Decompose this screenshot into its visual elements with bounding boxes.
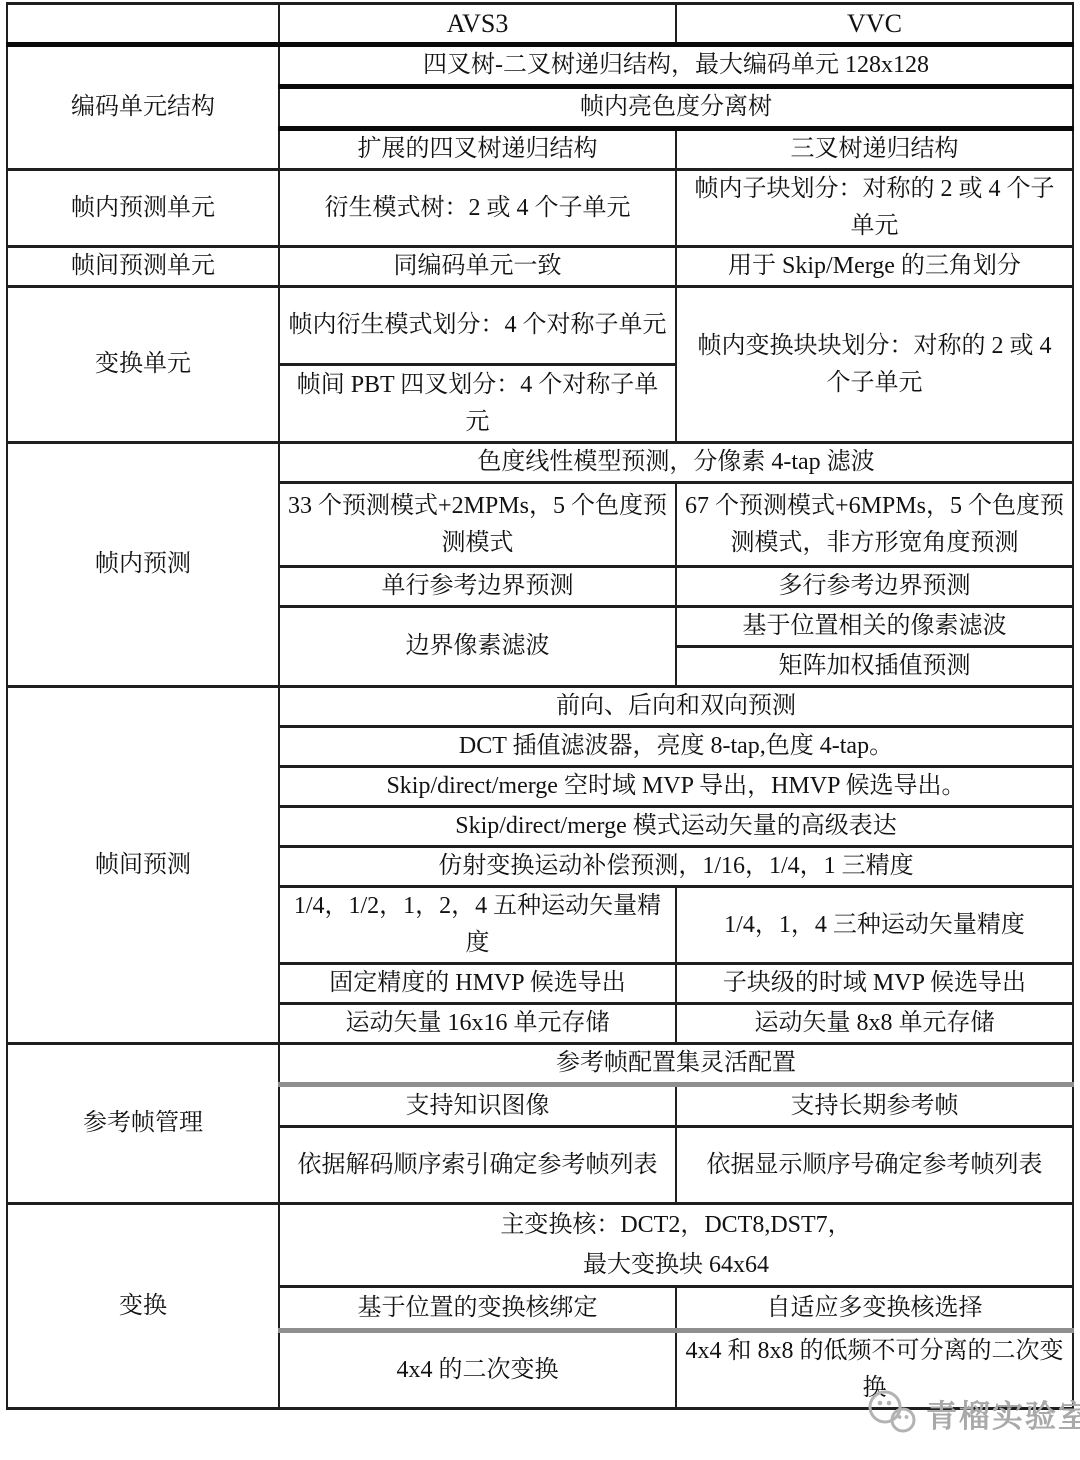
table-cell: 帧内亮色度分离树 xyxy=(279,87,1073,129)
table-cell: 1/4，1，4 三种运动矢量精度 xyxy=(676,887,1073,964)
table-cell: 仿射变换运动补偿预测，1/16，1/4，1 三精度 xyxy=(279,847,1073,887)
table-cell: 帧内变换块块划分：对称的 2 或 4 个子单元 xyxy=(676,287,1073,443)
cell-line-1: 主变换核：DCT2，DCT8,DST7， xyxy=(286,1205,1066,1245)
table-cell: 依据显示顺序号确定参考帧列表 xyxy=(676,1127,1073,1204)
row-label-coding-unit-structure: 编码单元结构 xyxy=(7,45,279,170)
table-cell: 衍生模式树：2 或 4 个子单元 xyxy=(279,170,676,247)
table-cell: 边界像素滤波 xyxy=(279,607,676,687)
table-cell: 帧间 PBT 四叉划分：4 个对称子单元 xyxy=(279,365,676,443)
table-cell: 用于 Skip/Merge 的三角划分 xyxy=(676,247,1073,287)
table-cell: 67 个预测模式+6MPMs，5 个色度预测模式，非方形宽角度预测 xyxy=(676,483,1073,567)
table-cell: 参考帧配置集灵活配置 xyxy=(279,1044,1073,1085)
table-cell: 同编码单元一致 xyxy=(279,247,676,287)
row-label-reference-frame-management: 参考帧管理 xyxy=(7,1044,279,1204)
codec-comparison-table: AVS3 VVC 编码单元结构 四叉树-二叉树递归结构，最大编码单元 128x1… xyxy=(6,2,1074,1410)
table-cell: DCT 插值滤波器，亮度 8-tap,色度 4-tap。 xyxy=(279,727,1073,767)
table-cell: 色度线性模型预测，分像素 4-tap 滤波 xyxy=(279,443,1073,483)
table-cell: 支持知识图像 xyxy=(279,1085,676,1127)
table-cell: 帧内子块划分：对称的 2 或 4 个子单元 xyxy=(676,170,1073,247)
table-cell: Skip/direct/merge 空时域 MVP 导出，HMVP 候选导出。 xyxy=(279,767,1073,807)
table-cell: 多行参考边界预测 xyxy=(676,567,1073,607)
table-cell: 子块级的时域 MVP 候选导出 xyxy=(676,964,1073,1004)
table-cell: 1/4，1/2，1，2，4 五种运动矢量精度 xyxy=(279,887,676,964)
table-cell: 前向、后向和双向预测 xyxy=(279,687,1073,727)
row-label-intra-pred-unit: 帧内预测单元 xyxy=(7,170,279,247)
column-header-avs3: AVS3 xyxy=(279,4,676,45)
table-cell: 依据解码顺序索引确定参考帧列表 xyxy=(279,1127,676,1204)
table-cell: 帧内衍生模式划分：4 个对称子单元 xyxy=(279,287,676,365)
row-label-inter-pred-unit: 帧间预测单元 xyxy=(7,247,279,287)
table-cell: 扩展的四叉树递归结构 xyxy=(279,129,676,170)
table-cell: 33 个预测模式+2MPMs，5 个色度预测模式 xyxy=(279,483,676,567)
table-cell: 4x4 的二次变换 xyxy=(279,1331,676,1409)
table-cell: 四叉树-二叉树递归结构，最大编码单元 128x128 xyxy=(279,45,1073,87)
table-cell: 运动矢量 8x8 单元存储 xyxy=(676,1004,1073,1044)
table-cell: Skip/direct/merge 模式运动矢量的高级表达 xyxy=(279,807,1073,847)
column-header-vvc: VVC xyxy=(676,4,1073,45)
table-cell: 4x4 和 8x8 的低频不可分离的二次变换 xyxy=(676,1331,1073,1409)
table-cell: 单行参考边界预测 xyxy=(279,567,676,607)
table-cell: 自适应多变换核选择 xyxy=(676,1287,1073,1331)
table-cell: 支持长期参考帧 xyxy=(676,1085,1073,1127)
table-cell: 三叉树递归结构 xyxy=(676,129,1073,170)
table-cell: 基于位置相关的像素滤波 xyxy=(676,607,1073,647)
row-label-transform: 变换 xyxy=(7,1204,279,1409)
header-corner-cell xyxy=(7,4,279,45)
table-cell: 矩阵加权插值预测 xyxy=(676,647,1073,687)
table-cell: 运动矢量 16x16 单元存储 xyxy=(279,1004,676,1044)
row-label-intra-prediction: 帧内预测 xyxy=(7,443,279,687)
table-cell: 基于位置的变换核绑定 xyxy=(279,1287,676,1331)
cell-line-2: 最大变换块 64x64 xyxy=(286,1245,1066,1285)
table-cell: 主变换核：DCT2，DCT8,DST7， 最大变换块 64x64 xyxy=(279,1204,1073,1287)
row-label-transform-unit: 变换单元 xyxy=(7,287,279,443)
table-cell: 固定精度的 HMVP 候选导出 xyxy=(279,964,676,1004)
row-label-inter-prediction: 帧间预测 xyxy=(7,687,279,1044)
